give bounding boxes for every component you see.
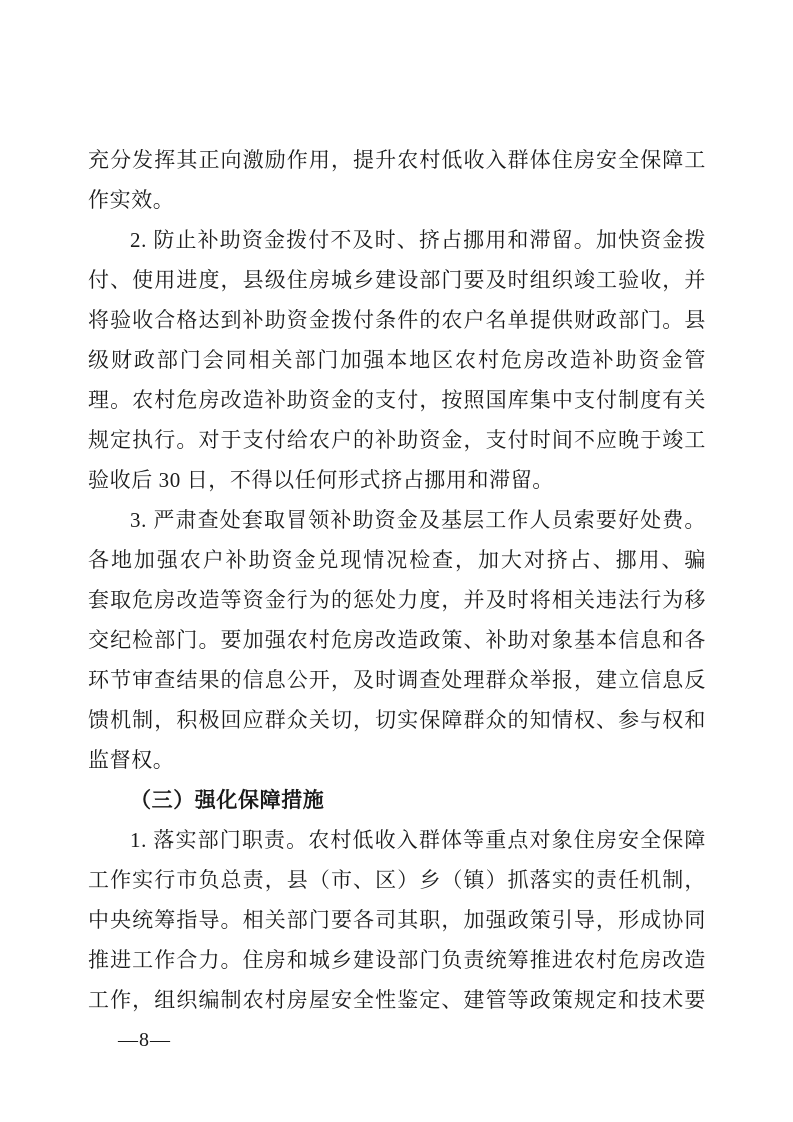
text-line: 充分发挥其正向激励作用，提升农村低收入群体住房安全保障工 xyxy=(88,140,706,180)
section-heading: （三）强化保障措施 xyxy=(88,780,706,820)
text-line: 各地加强农户补助资金兑现情况检查，加大对挤占、挪用、骗取、 xyxy=(88,540,706,580)
body-text: 充分发挥其正向激励作用，提升农村低收入群体住房安全保障工作实效。2. 防止补助资… xyxy=(88,140,706,1020)
text-line: 2. 防止补助资金拨付不及时、挤占挪用和滞留。加快资金拨 xyxy=(88,220,706,260)
text-line: 付、使用进度，县级住房城乡建设部门要及时组织竣工验收，并 xyxy=(88,260,706,300)
page-number: —8— xyxy=(118,1026,171,1054)
text-line: 工作，组织编制农村房屋安全性鉴定、建管等政策规定和技术要 xyxy=(88,980,706,1020)
text-line: 交纪检部门。要加强农村危房改造政策、补助对象基本信息和各 xyxy=(88,620,706,660)
text-line: 中央统筹指导。相关部门要各司其职，加强政策引导，形成协同 xyxy=(88,900,706,940)
text-line: 套取危房改造等资金行为的惩处力度，并及时将相关违法行为移 xyxy=(88,580,706,620)
text-line: 将验收合格达到补助资金拨付条件的农户名单提供财政部门。县 xyxy=(88,300,706,340)
text-line: 监督权。 xyxy=(88,740,706,780)
document-page: 充分发挥其正向激励作用，提升农村低收入群体住房安全保障工作实效。2. 防止补助资… xyxy=(0,0,793,1122)
text-line: 1. 落实部门职责。农村低收入群体等重点对象住房安全保障 xyxy=(88,820,706,860)
text-line: 验收后 30 日，不得以任何形式挤占挪用和滞留。 xyxy=(88,460,706,500)
text-line: 级财政部门会同相关部门加强本地区农村危房改造补助资金管 xyxy=(88,340,706,380)
text-line: 工作实行市负总责，县（市、区）乡（镇）抓落实的责任机制， xyxy=(88,860,706,900)
text-line: 规定执行。对于支付给农户的补助资金，支付时间不应晚于竣工 xyxy=(88,420,706,460)
text-line: 推进工作合力。住房和城乡建设部门负责统筹推进农村危房改造 xyxy=(88,940,706,980)
text-line: 环节审查结果的信息公开，及时调查处理群众举报，建立信息反 xyxy=(88,660,706,700)
text-line: 馈机制，积极回应群众关切，切实保障群众的知情权、参与权和 xyxy=(88,700,706,740)
text-line: 3. 严肃查处套取冒领补助资金及基层工作人员索要好处费。 xyxy=(88,500,706,540)
text-line: 理。农村危房改造补助资金的支付，按照国库集中支付制度有关 xyxy=(88,380,706,420)
text-line: 作实效。 xyxy=(88,180,706,220)
